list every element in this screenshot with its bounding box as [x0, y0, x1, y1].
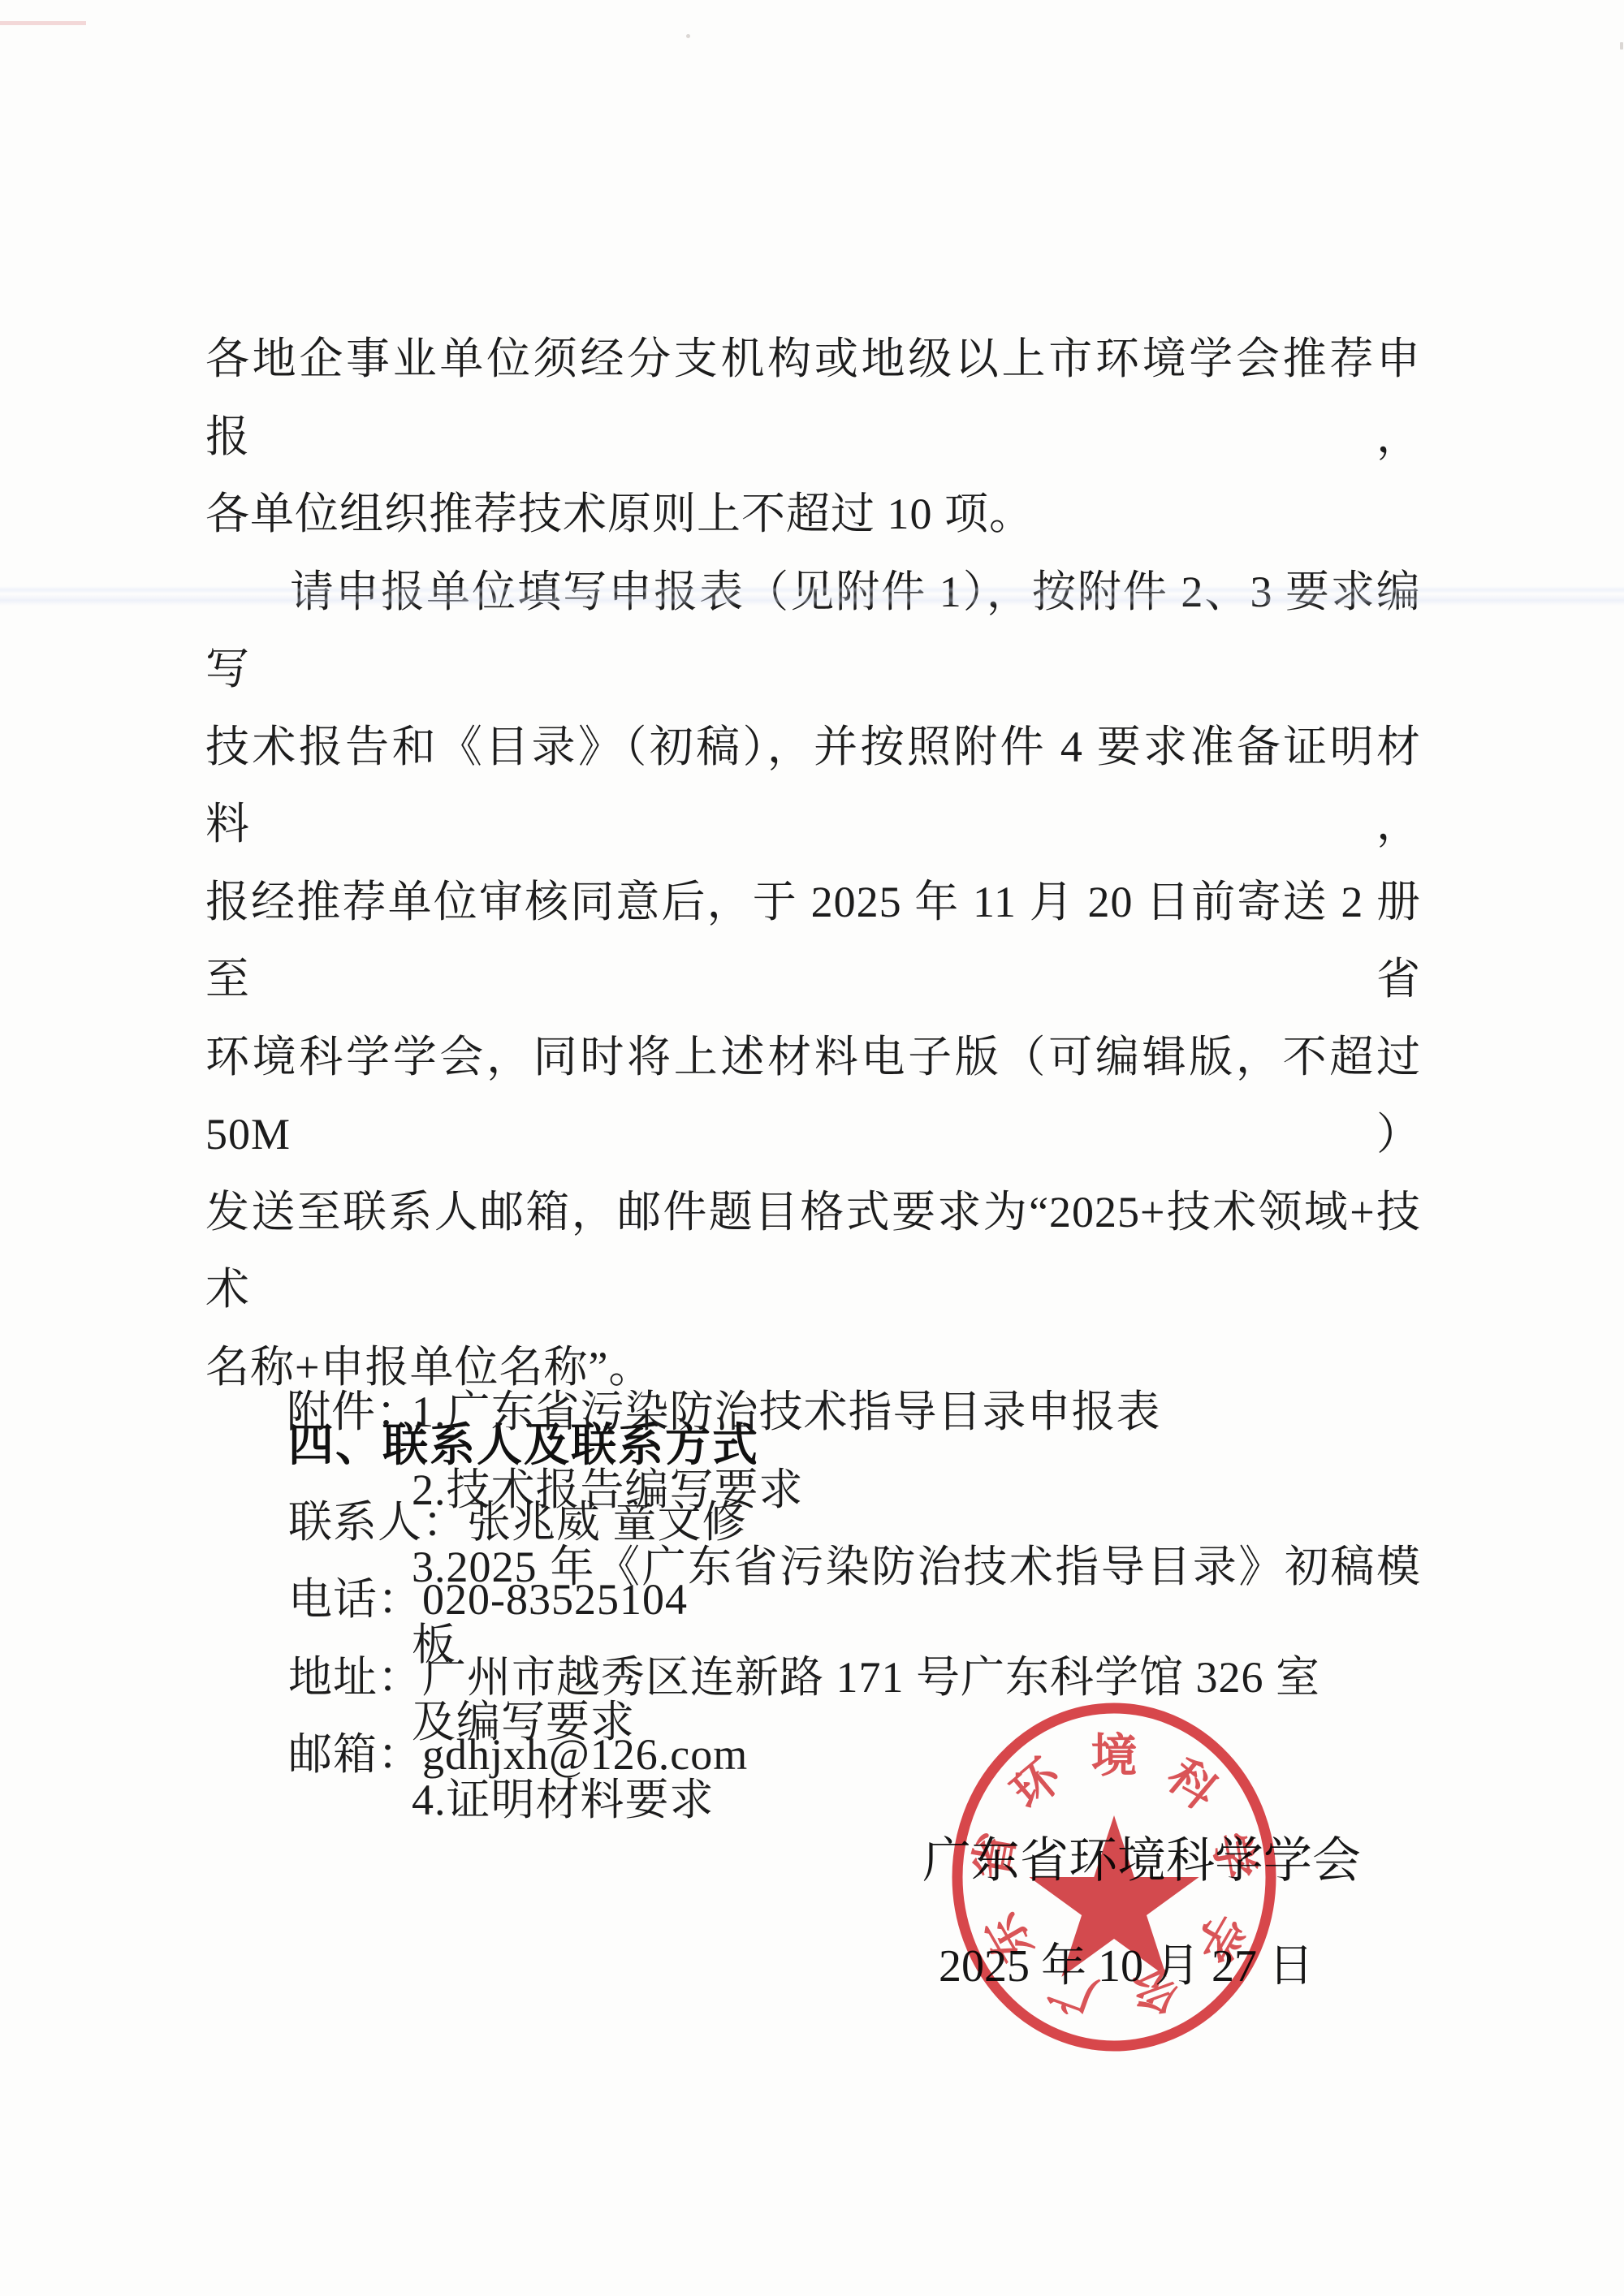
- scanned-document-page: 各地企事业单位须经分支机构或地级以上市环境学会推荐申报， 各单位组织推荐技术原则…: [0, 0, 1624, 2296]
- star-icon: [1029, 1815, 1199, 1977]
- body-line-2: 各单位组织推荐技术原则上不超过 10 项。: [205, 476, 1421, 554]
- official-seal-stamp: 广 东 省 环 境 科 学 学 会: [927, 1686, 1301, 2068]
- body-line-4: 技术报告和《目录》（初稿），并按照附件 4 要求准备证明材料，: [205, 709, 1421, 864]
- seal-char: 环: [1002, 1750, 1072, 1819]
- body-line-7: 发送至联系人邮箱，邮件题目格式要求为“2025+技术领域+技术: [205, 1174, 1421, 1329]
- body-line-5: 报经推荐单位审核同意后，于 2025 年 11 月 20 日前寄送 2 册至省: [205, 864, 1421, 1019]
- seal-char: 学: [1185, 1905, 1252, 1970]
- seal-char: 广: [1043, 1958, 1104, 2022]
- scan-artifact-pink-line: [0, 21, 86, 25]
- seal-char: 科: [1157, 1750, 1225, 1819]
- attachment-item-1: 1.广东省污染防治技术指导目录申报表: [412, 1374, 1421, 1452]
- seal-char: 东: [976, 1905, 1043, 1970]
- body-line-1: 各地企事业单位须经分支机构或地级以上市环境学会推荐申报，: [205, 321, 1421, 476]
- scan-speck: [1620, 42, 1623, 50]
- scan-speck: [686, 34, 690, 38]
- attachment-item-2: 2.技术报告编写要求: [412, 1452, 1421, 1530]
- attachment-item-3: 3.2025 年《广东省污染防治技术指导目录》初稿模板: [412, 1529, 1421, 1684]
- seal-char: 省: [966, 1829, 1025, 1884]
- body-line-3: 请申报单位填写申报表（见附件 1），按附件 2、3 要求编写: [205, 554, 1421, 709]
- seal-char: 会: [1125, 1958, 1186, 2022]
- body-line-6: 环境科学学会，同时将上述材料电子版（可编辑版，不超过 50M）: [205, 1019, 1421, 1174]
- seal-char: 境: [1091, 1731, 1138, 1782]
- seal-char: 学: [1203, 1829, 1262, 1884]
- attachments-label: 附件：: [287, 1374, 421, 1452]
